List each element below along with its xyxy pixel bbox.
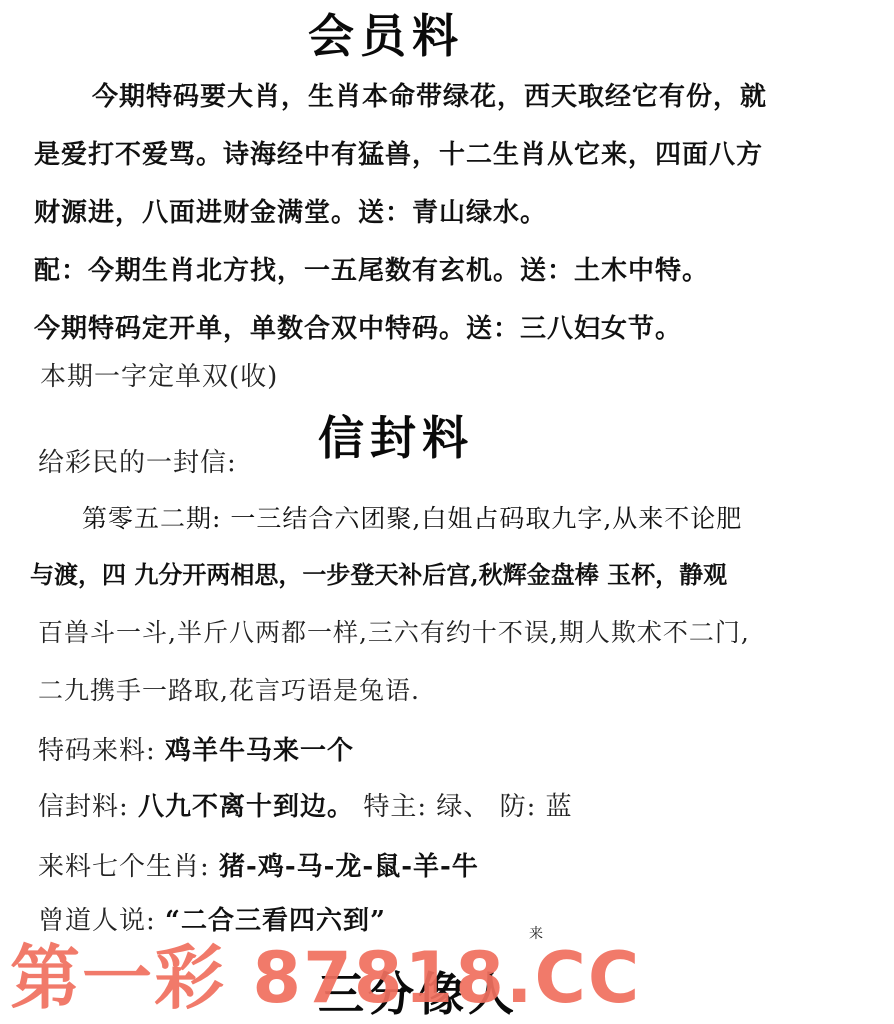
seven-zodiacs-label: 来料七个生肖: bbox=[38, 852, 210, 882]
special-code-value: 鸡羊牛马来一个 bbox=[165, 736, 354, 766]
poem-line-3: 百兽斗一斗,半斤八两都一样,三六有约十不误,期人欺术不二门, bbox=[38, 618, 750, 648]
envelope-guard-label: 防: bbox=[500, 792, 537, 822]
envelope-main-value: 绿、 bbox=[436, 792, 490, 822]
member-line-5: 今期特码定开单，单数合双中特码。送：三八妇女节。 bbox=[34, 314, 682, 344]
letter-greeting: 给彩民的一封信: bbox=[38, 448, 237, 478]
envelope-guard-value: 蓝 bbox=[546, 792, 573, 822]
envelope-row: 信封料: 八九不离十到边。 特主: 绿、 防: 蓝 bbox=[38, 792, 573, 822]
taoist-saying-label: 曾道人说: bbox=[38, 906, 156, 936]
member-line-1: 今期特码要大肖，生肖本命带绿花，西天取经它有份，就 bbox=[92, 82, 767, 112]
poem-line-2: 与渡，四 九分开两相思，一步登天补后宫,秋辉金盘棒 玉杯，静观 bbox=[30, 560, 727, 590]
site-watermark: 第一彩 87818.CC bbox=[10, 938, 641, 1018]
taoist-saying-value: “二合三看四六到” bbox=[165, 906, 386, 936]
envelope-label: 信封料: bbox=[38, 792, 129, 822]
envelope-value: 八九不离十到边。 bbox=[138, 792, 354, 822]
special-code-label: 特码来料: bbox=[38, 736, 156, 766]
poem-line-1: 第零五二期: 一三结合六团聚,白姐占码取九字,从来不论肥 bbox=[82, 504, 742, 534]
envelope-main-label: 特主: bbox=[363, 792, 427, 822]
member-section-title: 会员料 bbox=[308, 10, 464, 62]
poem-line-4: 二九携手一路取,花言巧语是兔语. bbox=[38, 676, 420, 706]
member-line-2: 是爱打不爱骂。诗海经中有猛兽，十二生肖从它来，四面八方 bbox=[34, 140, 763, 170]
member-line-3: 财源进，八面进财金满堂。送：青山绿水。 bbox=[34, 198, 547, 228]
special-code-row: 特码来料: 鸡羊牛马来一个 bbox=[38, 736, 354, 766]
member-line-6: 本期一字定单双(收) bbox=[40, 362, 278, 392]
seven-zodiacs-row: 来料七个生肖: 猪-鸡-马-龙-鼠-羊-牛 bbox=[38, 852, 479, 882]
seven-zodiacs-value: 猪-鸡-马-龙-鼠-羊-牛 bbox=[219, 852, 479, 882]
member-line-4: 配：今期生肖北方找，一五尾数有玄机。送：土木中特。 bbox=[34, 256, 709, 286]
taoist-saying-row: 曾道人说: “二合三看四六到” bbox=[38, 906, 386, 936]
letter-section-title: 信封料 bbox=[318, 412, 474, 464]
